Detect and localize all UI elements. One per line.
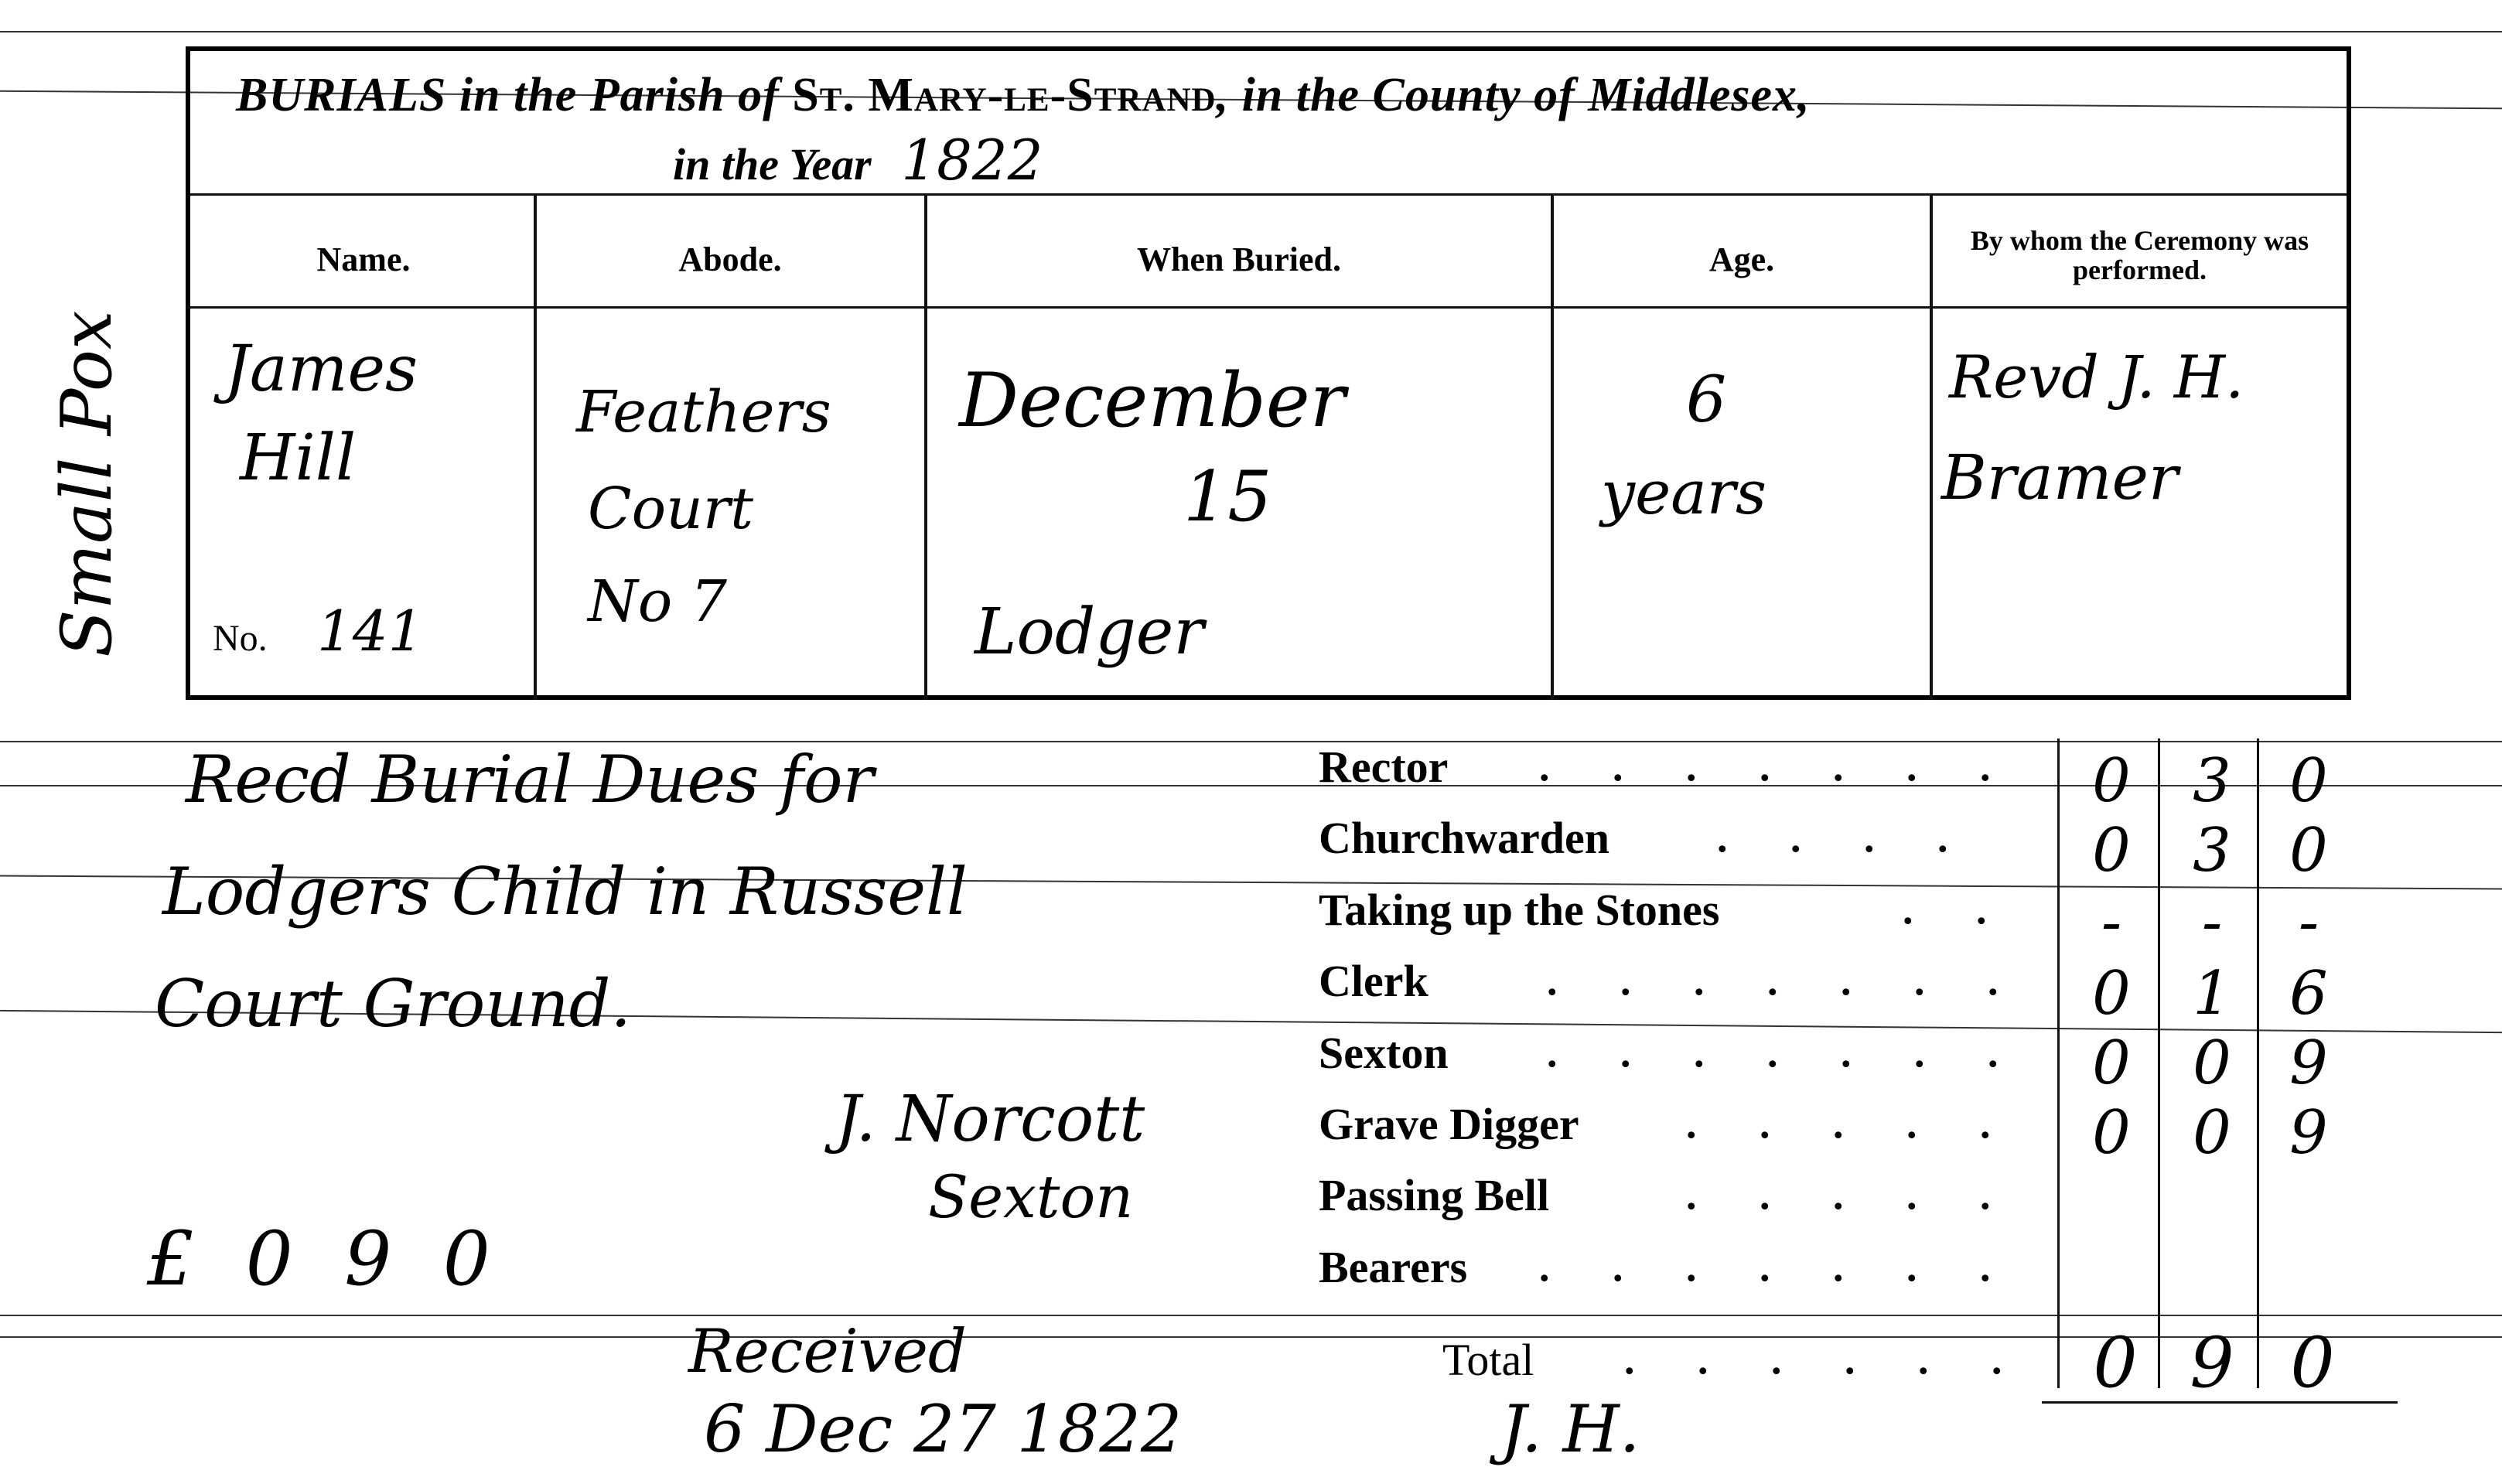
entry-number: 141	[317, 594, 423, 668]
fee-label-rector: Rector	[1319, 741, 1448, 793]
total-underline	[2042, 1401, 2398, 1404]
fee-label-passing-bell: Passing Bell	[1319, 1169, 1549, 1221]
leader-dots: . . . . . . .	[1547, 957, 2025, 1005]
leader-dots: . . . . . . .	[1539, 1243, 2017, 1291]
fee-total-pounds: 0	[2069, 1322, 2162, 1404]
entry-age-value: 6	[1686, 363, 1726, 438]
fee-clerk-pounds: 0	[2065, 959, 2158, 1029]
entry-name-last: Hill	[240, 421, 356, 496]
entry-status-note: Lodger	[975, 595, 1204, 670]
fee-label-stones: Taking up the Stones	[1319, 884, 1719, 936]
parish-name: St. Mary-le-Strand	[792, 69, 1216, 121]
column-header-name: Name.	[193, 240, 534, 279]
leader-dots: . . . . . .	[1624, 1336, 2029, 1383]
fee-label-grave-digger: Grave Digger	[1319, 1098, 1579, 1150]
fee-column-divider	[2057, 739, 2060, 1388]
year-value: 1822	[901, 128, 1043, 193]
leader-dots: . . . . . . .	[1539, 742, 2017, 790]
fee-total-label: Total	[1442, 1334, 1534, 1386]
fee-clerk-shillings: 1	[2166, 959, 2258, 1029]
fee-sexton-shillings: 0	[2166, 1029, 2258, 1098]
ledger-rule	[0, 31, 2502, 32]
fee-grave-digger-shillings: 0	[2166, 1098, 2258, 1168]
entry-abode-line2: Court	[588, 472, 753, 546]
entry-burial-month: December	[959, 363, 1346, 438]
leader-dots: . .	[1903, 885, 2013, 933]
note-line2: Lodgers Child in Russell	[162, 855, 968, 929]
fee-rector-pounds: 0	[2065, 746, 2158, 816]
fee-total-pence: 0	[2266, 1322, 2359, 1404]
entry-abode-line3: No 7	[588, 565, 727, 639]
entry-officiant-line2: Bramer	[1941, 441, 2178, 515]
leader-dots: . . . . .	[1686, 1100, 2017, 1148]
fee-total-shillings: 9	[2166, 1322, 2258, 1404]
title-suffix: , in the County of Middlesex,	[1217, 69, 1811, 121]
fee-label-bearers: Bearers	[1319, 1241, 1467, 1293]
fee-column-divider	[2158, 739, 2160, 1388]
fee-churchwarden-shillings: 3	[2166, 816, 2258, 885]
note-line3: Court Ground.	[155, 967, 631, 1041]
receipt-signature: J. H.	[1500, 1392, 1640, 1466]
header-divider	[190, 193, 2347, 196]
column-header-age: Age.	[1554, 240, 1930, 279]
leader-dots: . . . . .	[1686, 1171, 2017, 1219]
note-sum: £ 0 9 0	[147, 1222, 504, 1296]
fee-stones-pence: -	[2262, 888, 2355, 957]
note-signature-name: J. Norcott	[835, 1083, 1145, 1157]
fee-label-clerk: Clerk	[1319, 955, 1428, 1007]
fee-sexton-pence: 9	[2262, 1029, 2355, 1098]
entry-burial-day: 15	[1183, 460, 1272, 534]
note-signature-title: Sexton	[928, 1160, 1133, 1234]
fee-churchwarden-pence: 0	[2262, 816, 2355, 885]
entry-name-first: James	[224, 333, 418, 407]
fee-churchwarden-pounds: 0	[2065, 816, 2158, 885]
fee-clerk-pence: 6	[2262, 959, 2355, 1029]
fee-rector-shillings: 3	[2166, 746, 2258, 816]
ledger-rule	[0, 1315, 2502, 1316]
note-line1: Recd Burial Dues for	[186, 742, 874, 817]
column-header-abode: Abode.	[537, 240, 923, 279]
column-header-officiant: By whom the Ceremony was performed.	[1933, 226, 2347, 285]
fee-stones-pounds: -	[2065, 888, 2158, 957]
register-title: BURIALS in the Parish of St. Mary-le-Str…	[236, 68, 1810, 123]
receipt-date: 6 Dec 27 1822	[704, 1392, 1182, 1466]
fee-stones-shillings: -	[2166, 888, 2258, 957]
fee-rector-pence: 0	[2262, 746, 2355, 816]
fee-grave-digger-pence: 9	[2262, 1098, 2355, 1168]
entry-age-unit: years	[1601, 456, 1766, 530]
fee-label-churchwarden: Churchwarden	[1319, 812, 1609, 864]
entry-number-label: No.	[213, 602, 268, 676]
column-header-divider	[190, 306, 2347, 309]
register-year-line: in the Year 1822	[673, 128, 1043, 193]
fee-label-sexton: Sexton	[1319, 1027, 1449, 1079]
column-header-when-buried: When Buried.	[927, 240, 1551, 279]
fee-grave-digger-pounds: 0	[2065, 1098, 2158, 1168]
year-label: in the Year	[673, 139, 872, 189]
title-prefix: BURIALS in the Parish of	[236, 69, 792, 121]
fee-sexton-pounds: 0	[2065, 1029, 2158, 1098]
leader-dots: . . . . . . .	[1547, 1029, 2025, 1076]
entry-officiant-line1: Revd J. H.	[1949, 340, 2244, 414]
receipt-received: Received	[688, 1315, 967, 1389]
leader-dots: . . . .	[1717, 814, 1975, 861]
entry-abode-line1: Feathers	[576, 375, 831, 449]
margin-note: Small Pox	[46, 310, 128, 657]
